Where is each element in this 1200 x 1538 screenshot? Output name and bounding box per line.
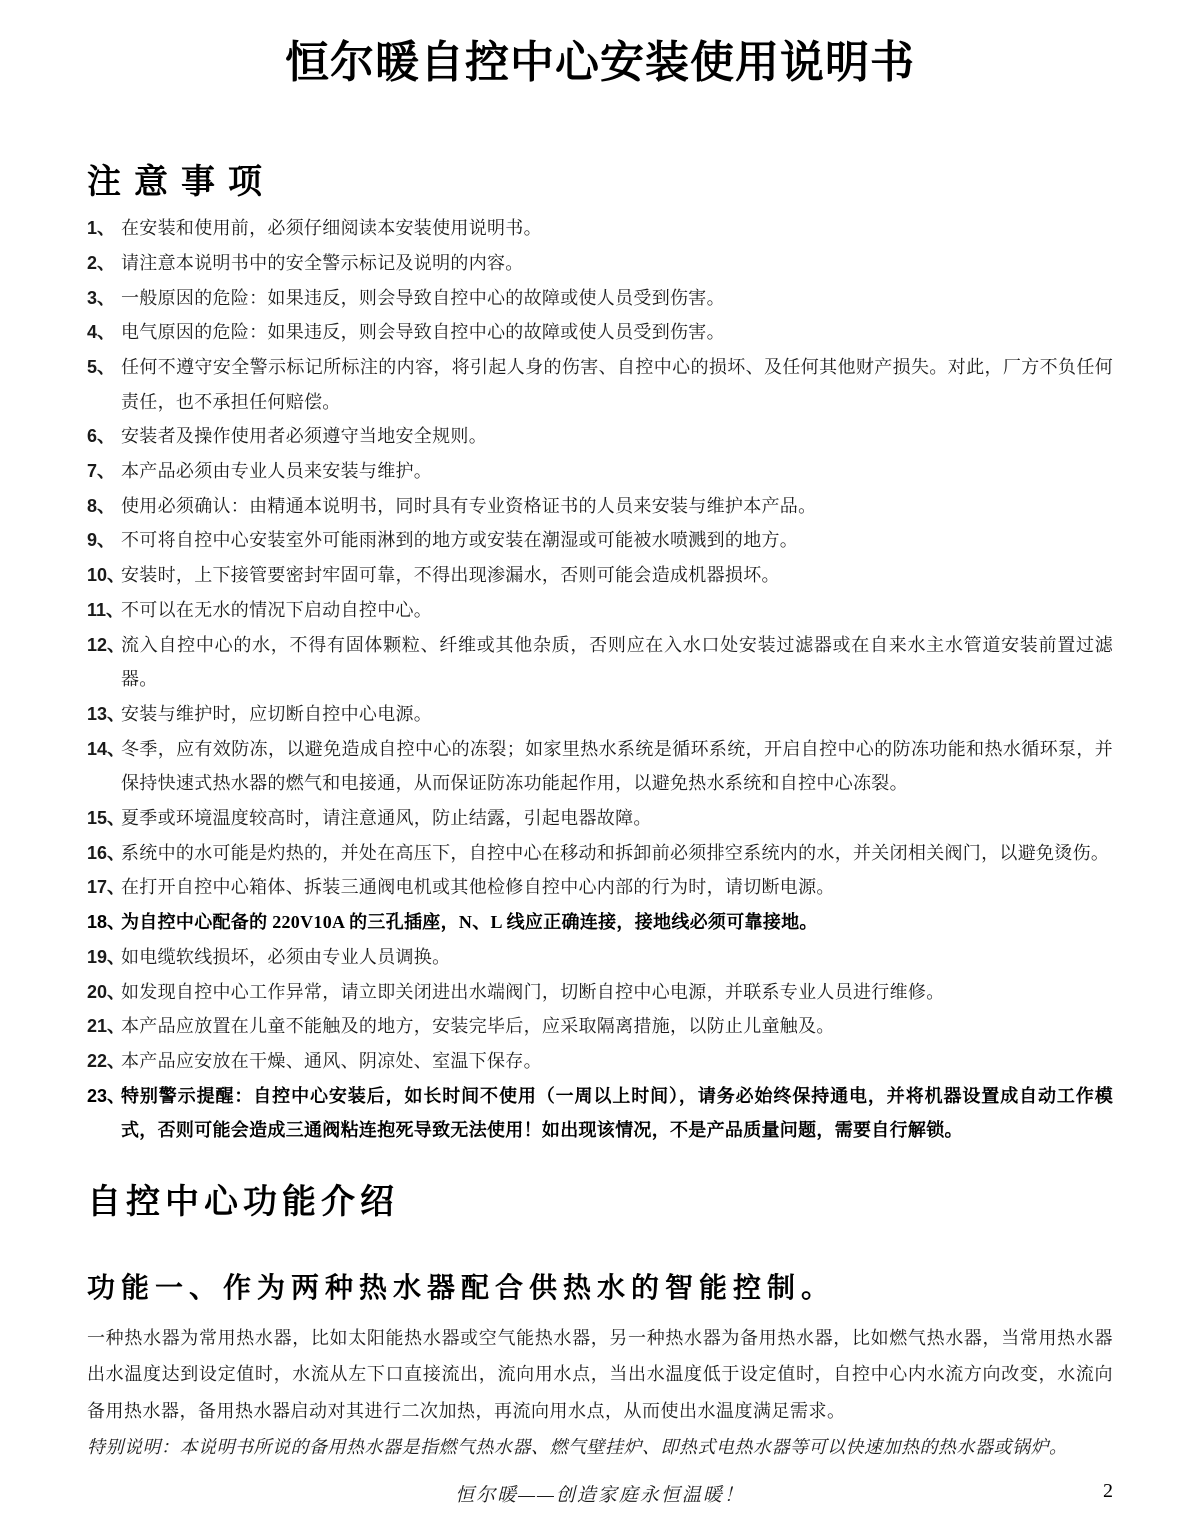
notice-item-23: 23、特别警示提醒：自控中心安装后，如长时间不使用（一周以上时间），请务必始终保…: [87, 1079, 1113, 1148]
notice-item-7: 7、本产品必须由专业人员来安装与维护。: [87, 454, 1113, 489]
list-number: 12、: [87, 628, 125, 663]
list-number: 14、: [87, 732, 125, 767]
footer-slogan: 恒尔暖——创造家庭永恒温暖！: [87, 1480, 1113, 1507]
function-one-paragraph: 一种热水器为常用热水器，比如太阳能热水器或空气能热水器，另一种热水器为备用热水器…: [87, 1320, 1113, 1430]
list-number: 7、: [87, 454, 115, 489]
notice-item-10: 10、安装时，上下接管要密封牢固可靠，不得出现渗漏水，否则可能会造成机器损坏。: [87, 558, 1113, 593]
list-number: 23、: [87, 1079, 125, 1114]
page-footer: 恒尔暖——创造家庭永恒温暖！ 2: [87, 1480, 1113, 1510]
notice-item-8: 8、使用必须确认：由精通本说明书，同时具有专业资格证书的人员来安装与维护本产品。: [87, 489, 1113, 524]
list-number: 5、: [87, 350, 115, 385]
notice-item-22: 22、本产品应安放在干燥、通风、阴凉处、室温下保存。: [87, 1044, 1113, 1079]
list-number: 18、: [87, 905, 125, 940]
list-number: 22、: [87, 1044, 125, 1079]
notice-item-5: 5、任何不遵守安全警示标记所标注的内容，将引起人身的伤害、自控中心的损坏、及任何…: [87, 350, 1113, 419]
list-text: 一般原因的危险：如果违反，则会导致自控中心的故障或使人员受到伤害。: [121, 288, 725, 308]
list-number: 10、: [87, 558, 125, 593]
list-number: 13、: [87, 697, 125, 732]
list-text: 流入自控中心的水，不得有固体颗粒、纤维或其他杂质，否则应在入水口处安装过滤器或在…: [121, 635, 1113, 690]
list-text: 请注意本说明书中的安全警示标记及说明的内容。: [121, 253, 524, 273]
list-text: 本产品应安放在干燥、通风、阴凉处、室温下保存。: [121, 1051, 542, 1071]
notice-item-9: 9、不可将自控中心安装室外可能雨淋到的地方或安装在潮湿或可能被水喷溅到的地方。: [87, 523, 1113, 558]
list-number: 11、: [87, 593, 124, 628]
list-text: 系统中的水可能是灼热的，并处在高压下，自控中心在移动和拆卸前必须排空系统内的水，…: [121, 843, 1109, 863]
list-text: 在打开自控中心箱体、拆装三通阀电机或其他检修自控中心内部的行为时，请切断电源。: [121, 877, 835, 897]
list-text: 在安装和使用前，必须仔细阅读本安装使用说明书。: [121, 218, 542, 238]
special-note: 特别说明：本说明书所说的备用热水器是指燃气热水器、燃气壁挂炉、即热式电热水器等可…: [87, 1429, 1113, 1466]
list-text: 本产品应放置在儿童不能触及的地方，安装完毕后，应采取隔离措施，以防止儿童触及。: [121, 1016, 835, 1036]
notes-section-heading: 注意事项: [87, 161, 1113, 204]
list-text: 不可以在无水的情况下启动自控中心。: [121, 600, 432, 620]
notice-item-4: 4、电气原因的危险：如果违反，则会导致自控中心的故障或使人员受到伤害。: [87, 315, 1113, 350]
list-text: 不可将自控中心安装室外可能雨淋到的地方或安装在潮湿或可能被水喷溅到的地方。: [121, 530, 798, 550]
notice-item-14: 14、冬季，应有效防冻，以避免造成自控中心的冻裂；如家里热水系统是循环系统，开启…: [87, 732, 1113, 801]
list-text: 如电缆软线损坏，必须由专业人员调换。: [121, 947, 450, 967]
list-text: 任何不遵守安全警示标记所标注的内容，将引起人身的伤害、自控中心的损坏、及任何其他…: [121, 357, 1113, 412]
functions-section-heading: 自控中心功能介绍: [87, 1180, 1113, 1224]
notice-item-11: 11、不可以在无水的情况下启动自控中心。: [87, 593, 1113, 628]
notice-item-17: 17、在打开自控中心箱体、拆装三通阀电机或其他检修自控中心内部的行为时，请切断电…: [87, 870, 1113, 905]
function-one-heading: 功能一、作为两种热水器配合供热水的智能控制。: [87, 1270, 1113, 1306]
list-text: 夏季或环境温度较高时，请注意通风，防止结露，引起电器故障。: [121, 808, 652, 828]
list-number: 8、: [87, 489, 115, 524]
list-text: 冬季，应有效防冻，以避免造成自控中心的冻裂；如家里热水系统是循环系统，开启自控中…: [121, 739, 1113, 794]
list-text: 特别警示提醒：自控中心安装后，如长时间不使用（一周以上时间），请务必始终保持通电…: [121, 1086, 1113, 1141]
list-number: 3、: [87, 281, 115, 316]
list-text: 为自控中心配备的 220V10A 的三孔插座，N、L 线应正确连接，接地线必须可…: [121, 912, 818, 932]
list-text: 如发现自控中心工作异常，请立即关闭进出水端阀门，切断自控中心电源，并联系专业人员…: [121, 982, 945, 1002]
list-text: 电气原因的危险：如果违反，则会导致自控中心的故障或使人员受到伤害。: [121, 322, 725, 342]
notice-item-3: 3、一般原因的危险：如果违反，则会导致自控中心的故障或使人员受到伤害。: [87, 281, 1113, 316]
notice-item-12: 12、流入自控中心的水，不得有固体颗粒、纤维或其他杂质，否则应在入水口处安装过滤…: [87, 628, 1113, 697]
list-number: 15、: [87, 801, 125, 836]
list-number: 6、: [87, 419, 115, 454]
notice-item-2: 2、请注意本说明书中的安全警示标记及说明的内容。: [87, 246, 1113, 281]
list-text: 安装时，上下接管要密封牢固可靠，不得出现渗漏水，否则可能会造成机器损坏。: [121, 565, 780, 585]
notice-item-21: 21、本产品应放置在儿童不能触及的地方，安装完毕后，应采取隔离措施，以防止儿童触…: [87, 1009, 1113, 1044]
manual-page: 恒尔暖自控中心安装使用说明书 注意事项 1、在安装和使用前，必须仔细阅读本安装使…: [0, 0, 1200, 1538]
list-number: 21、: [87, 1009, 125, 1044]
page-number: 2: [1103, 1480, 1113, 1503]
list-number: 19、: [87, 940, 125, 975]
list-text: 安装者及操作使用者必须遵守当地安全规则。: [121, 426, 487, 446]
notice-item-13: 13、安装与维护时，应切断自控中心电源。: [87, 697, 1113, 732]
notice-item-19: 19、如电缆软线损坏，必须由专业人员调换。: [87, 940, 1113, 975]
list-number: 17、: [87, 870, 125, 905]
list-number: 16、: [87, 836, 125, 871]
notice-item-15: 15、夏季或环境温度较高时，请注意通风，防止结露，引起电器故障。: [87, 801, 1113, 836]
list-text: 本产品必须由专业人员来安装与维护。: [121, 461, 432, 481]
list-text: 安装与维护时，应切断自控中心电源。: [121, 704, 432, 724]
notice-item-16: 16、系统中的水可能是灼热的，并处在高压下，自控中心在移动和拆卸前必须排空系统内…: [87, 836, 1113, 871]
list-text: 使用必须确认：由精通本说明书，同时具有专业资格证书的人员来安装与维护本产品。: [121, 496, 816, 516]
list-number: 20、: [87, 975, 125, 1010]
notice-item-1: 1、在安装和使用前，必须仔细阅读本安装使用说明书。: [87, 211, 1113, 246]
notes-list: 1、在安装和使用前，必须仔细阅读本安装使用说明书。 2、请注意本说明书中的安全警…: [87, 211, 1113, 1148]
notice-item-18: 18、为自控中心配备的 220V10A 的三孔插座，N、L 线应正确连接，接地线…: [87, 905, 1113, 940]
list-number: 2、: [87, 246, 115, 281]
list-number: 1、: [87, 211, 115, 246]
list-number: 9、: [87, 523, 115, 558]
notice-item-20: 20、如发现自控中心工作异常，请立即关闭进出水端阀门，切断自控中心电源，并联系专…: [87, 975, 1113, 1010]
document-title: 恒尔暖自控中心安装使用说明书: [87, 38, 1113, 89]
notice-item-6: 6、安装者及操作使用者必须遵守当地安全规则。: [87, 419, 1113, 454]
list-number: 4、: [87, 315, 115, 350]
